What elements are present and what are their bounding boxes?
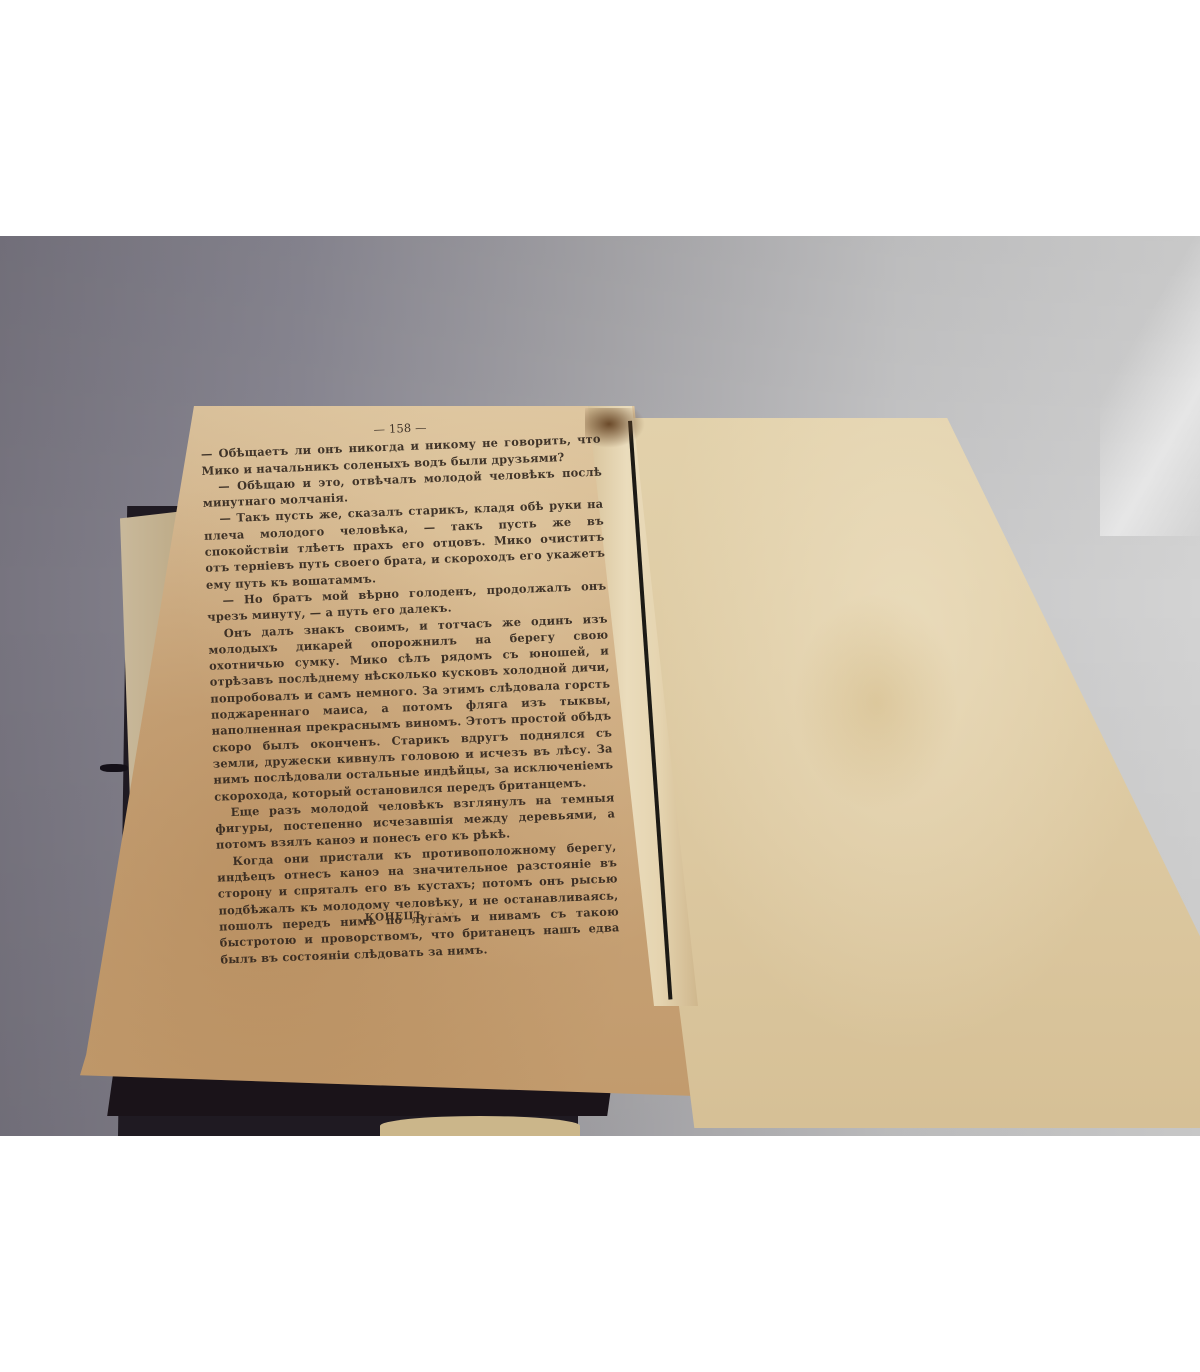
paragraph: — Такъ пусть же, сказалъ старикъ, кладя … <box>203 496 606 593</box>
ink-blot <box>100 764 128 772</box>
light-glare <box>1100 236 1200 536</box>
faint-stamp: · · · · <box>429 907 455 924</box>
end-mark: КОНЕЦЪ <box>365 908 425 927</box>
paragraph: Онъ далъ знакъ своимъ, и тотчасъ же один… <box>208 610 615 804</box>
printed-text-block: — 158 — — Обѣщаетъ ли онъ никогда и нико… <box>200 413 620 968</box>
paragraph: Когда они пристали къ противоположному б… <box>216 838 620 967</box>
underlying-book-bottom-edge <box>380 1116 580 1136</box>
book-photograph: — 158 — — Обѣщаетъ ли онъ никогда и нико… <box>0 236 1200 1136</box>
